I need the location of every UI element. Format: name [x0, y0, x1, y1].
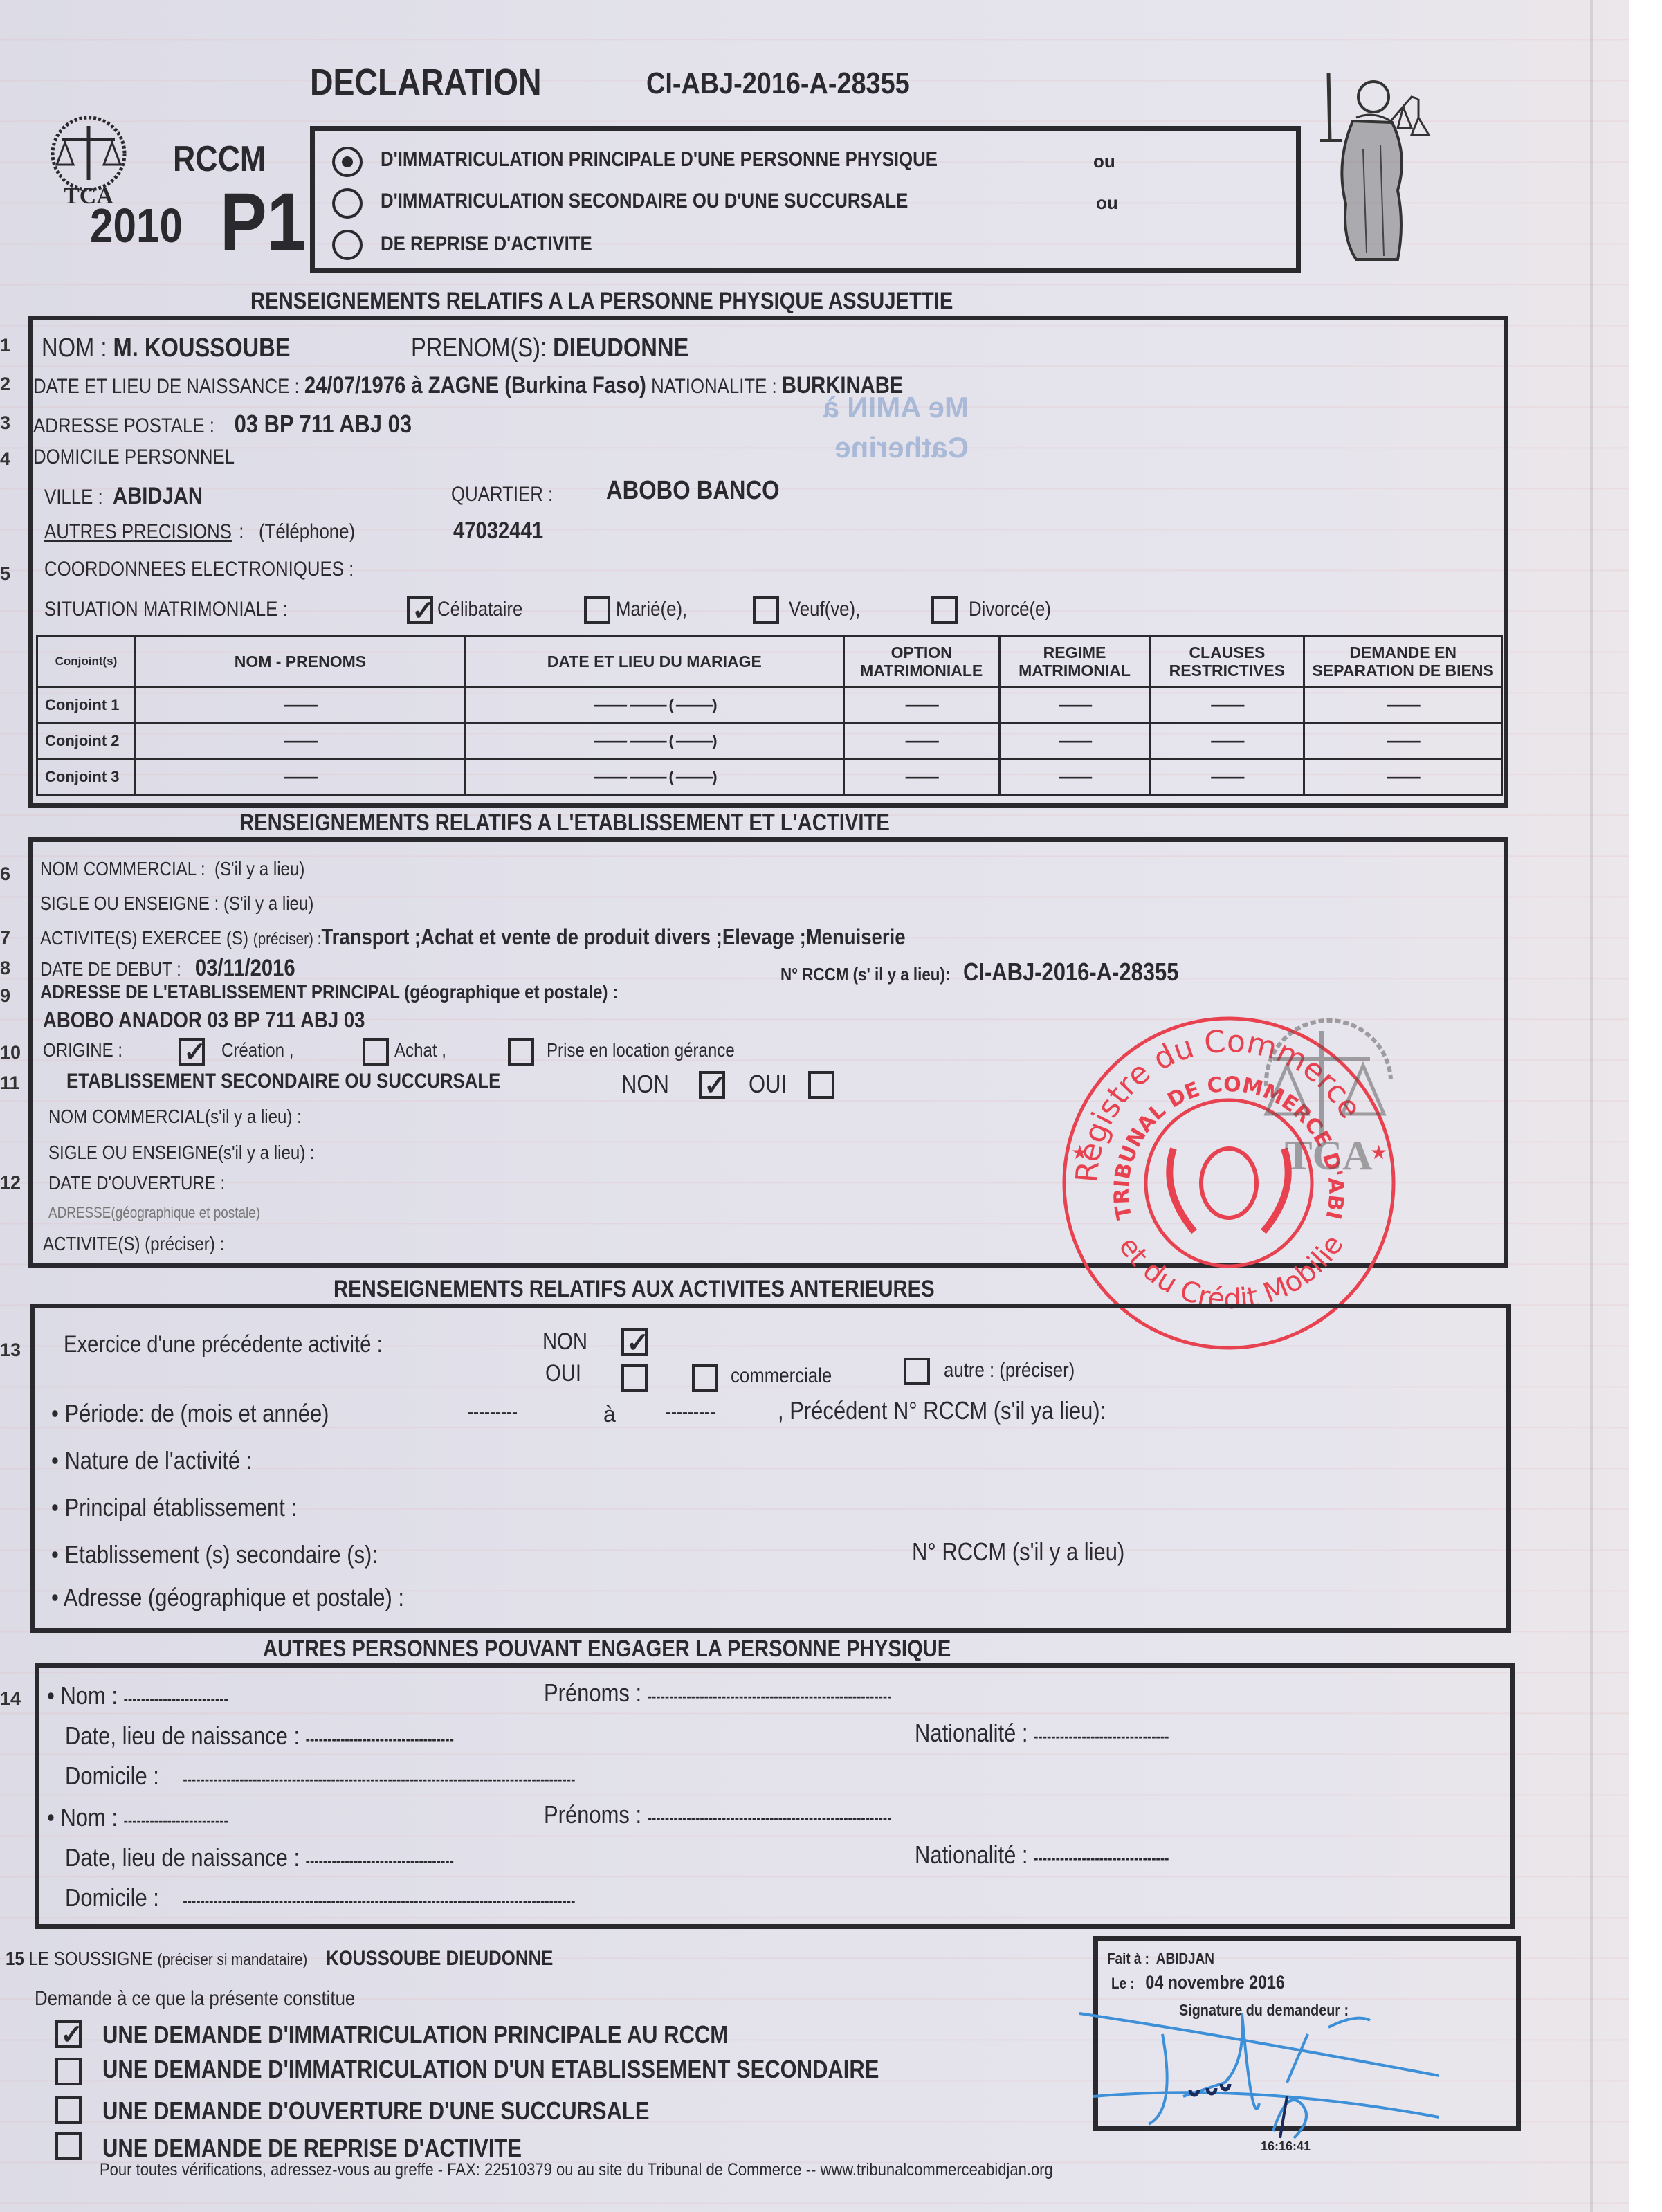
commerciale-label: commerciale — [731, 1364, 848, 1388]
line-number: 7 — [0, 927, 10, 949]
principal-label: • Principal établissement : — [51, 1493, 337, 1522]
secondaire-oui-label: OUI — [749, 1070, 793, 1099]
checkbox-marie[interactable] — [584, 596, 610, 624]
checkbox-autre[interactable] — [904, 1358, 930, 1385]
radio-immatriculation-secondaire[interactable] — [332, 188, 363, 219]
conjoints-table: Conjoint(s) NOM - PRENOMS DATE ET LIEU D… — [36, 635, 1503, 796]
request-label: UNE DEMANDE D'IMMATRICULATION PRINCIPALE… — [102, 2020, 830, 2049]
table-cell: --------- — [999, 723, 1150, 759]
adresse-etablissement-value: ABOBO ANADOR 03 BP 711 ABJ 03 — [43, 1007, 417, 1033]
table-cell: --------- — [1150, 687, 1304, 723]
checkbox-celibataire[interactable] — [407, 596, 433, 624]
secondaire-label: • Etablissement (s) secondaire (s): — [51, 1540, 431, 1569]
table-cell: --------- ---------- ( ----------) — [465, 759, 843, 795]
option-separator: ou — [1093, 151, 1115, 172]
checkbox-request-secondaire[interactable] — [55, 2058, 82, 2085]
line-number: 4 — [0, 448, 10, 470]
origine-label: ORIGINE : — [43, 1039, 136, 1061]
quartier-label: QUARTIER : — [451, 483, 569, 506]
svg-text:TCA: TCA — [1285, 1133, 1373, 1176]
signature-icon — [1079, 1993, 1439, 2145]
section-title-previous: RENSEIGNEMENTS RELATIFS AUX ACTIVITES AN… — [334, 1276, 1032, 1303]
checkbox-divorce[interactable] — [931, 596, 958, 624]
checkbox-label: Marié(e), — [616, 598, 699, 621]
checkbox-precedente-oui[interactable] — [621, 1364, 648, 1392]
line-number: 1 — [0, 335, 10, 356]
footer-text: Pour toutes vérifications, adressez-vous… — [100, 2160, 1183, 2180]
non-label: NON — [542, 1328, 595, 1355]
table-cell: --------- ---------- ( ----------) — [465, 687, 843, 723]
autres-precisions-field: AUTRES PRECISIONS: (Téléphone) — [44, 520, 405, 544]
checkbox-secondaire-non[interactable] — [699, 1071, 725, 1099]
checkbox-precedente-non[interactable] — [621, 1328, 648, 1356]
secondaire-label: ETABLISSEMENT SECONDAIRE OU SUCCURSALE — [66, 1070, 572, 1093]
sec-date-ouverture-label: DATE D'OUVERTURE : — [48, 1172, 254, 1194]
option-separator: ou — [1096, 192, 1118, 214]
periode-separator: à — [603, 1402, 616, 1427]
sec-nom-commercial-label: NOM COMMERCIAL(s'il y a lieu) : — [48, 1106, 343, 1128]
line-number: 3 — [0, 412, 10, 434]
timestamp: 16:16:41 — [1261, 2139, 1311, 2154]
ville-field: VILLE : ABIDJAN — [44, 483, 228, 510]
checkbox-request-succursale[interactable] — [55, 2096, 82, 2124]
person-2-naissance: Date, lieu de naissance : --------------… — [65, 1843, 517, 1872]
precedent-rccm-label: , Précédent N° RCCM (s'il ya lieu): — [778, 1396, 1159, 1425]
date-debut-field: DATE DE DEBUT : 03/11/2016 — [40, 955, 337, 982]
checkbox-veuf[interactable] — [753, 596, 779, 624]
person-1-nationalite: Nationalité : --------------------------… — [915, 1719, 1210, 1748]
table-cell: --------- — [843, 687, 999, 723]
column-header: Conjoint(s) — [37, 637, 136, 687]
lady-justice-icon — [1315, 66, 1453, 273]
table-cell: Conjoint 1 — [37, 687, 136, 723]
person-1-prenoms: Prénoms : ------------------------------… — [544, 1679, 948, 1708]
request-label: UNE DEMANDE D'OUVERTURE D'UNE SUCCURSALE — [102, 2096, 738, 2126]
table-row: Conjoint 3 --------- --------- ---------… — [37, 759, 1502, 795]
line-number: 11 — [0, 1072, 20, 1094]
column-header: REGIME MATRIMONIAL — [999, 637, 1150, 687]
declaration-reference: CI-ABJ-2016-A-28355 — [646, 66, 953, 101]
periode-label: • Période: de (mois et année) — [51, 1399, 374, 1428]
periode-to: --------- — [666, 1403, 715, 1423]
table-cell: Conjoint 2 — [37, 723, 136, 759]
table-cell: --------- ---------- ( ----------) — [465, 723, 843, 759]
checkbox-location-gerance[interactable] — [508, 1038, 534, 1066]
person-1-naissance: Date, lieu de naissance : --------------… — [65, 1721, 517, 1751]
line-number: 13 — [0, 1340, 21, 1361]
soussigne-field: 15 LE SOUSSIGNE (préciser si mandataire)… — [6, 1947, 642, 1971]
telephone-value: 47032441 — [453, 518, 558, 545]
activites-field: ACTIVITE(S) EXERCEE (S) (préciser) :Tran… — [40, 924, 1046, 950]
person-1-domicile: Domicile : -----------------------------… — [65, 1762, 658, 1791]
column-header: DEMANDE EN SEPARATION DE BIENS — [1304, 637, 1502, 687]
table-row: Conjoint 1 --------- --------- ---------… — [37, 687, 1502, 723]
tca-grey-stamp-icon: TCA — [1245, 1003, 1405, 1176]
sec-adresse-label: ADRESSE(géographique et postale) — [48, 1204, 295, 1222]
person-2-nationalite: Nationalité : --------------------------… — [915, 1840, 1210, 1870]
adresse-postale-field: ADRESSE POSTALE : 03 BP 711 ABJ 03 — [33, 410, 473, 439]
column-header: DATE ET LIEU DU MARIAGE — [465, 637, 843, 687]
option-label: D'IMMATRICULATION PRINCIPALE D'UNE PERSO… — [381, 148, 1028, 172]
prenom-field: PRENOM(S): DIEUDONNE — [411, 333, 734, 363]
domicile-label: DOMICILE PERSONNEL — [33, 446, 267, 469]
checkbox-label: Achat , — [394, 1039, 455, 1061]
situation-label: SITUATION MATRIMONIALE : — [44, 598, 327, 621]
line-number: 9 — [0, 985, 10, 1007]
section-title-establishment: RENSEIGNEMENTS RELATIFS A L'ETABLISSEMEN… — [239, 810, 996, 837]
nom-commercial-field: NOM COMMERCIAL : (S'il y a lieu) — [40, 858, 348, 880]
checkbox-label: Célibataire — [437, 598, 536, 621]
table-cell: --------- — [135, 759, 465, 795]
form-code-rccm: RCCM — [173, 138, 281, 180]
checkbox-label: Veuf(ve), — [789, 598, 872, 621]
table-cell: --------- — [1150, 723, 1304, 759]
request-label: UNE DEMANDE DE REPRISE D'ACTIVITE — [102, 2134, 590, 2163]
person-1-nom: • Nom : ------------------------ — [47, 1681, 257, 1710]
table-cell: --------- — [843, 759, 999, 795]
sigle-field: SIGLE OU ENSEIGNE : (S'il y a lieu) — [40, 893, 358, 915]
rccm-field: N° RCCM (s' il y a lieu): CI-ABJ-2016-A-… — [780, 958, 1243, 987]
line-number: 10 — [0, 1042, 21, 1063]
periode-from: --------- — [468, 1403, 518, 1423]
svg-text:★: ★ — [1071, 1142, 1088, 1163]
checkbox-label: Prise en location gérance — [547, 1039, 765, 1061]
checkbox-commerciale[interactable] — [692, 1364, 718, 1392]
table-cell: --------- — [843, 723, 999, 759]
person-2-domicile: Domicile : -----------------------------… — [65, 1883, 658, 1912]
secondaire-non-label: NON — [621, 1070, 677, 1099]
checkbox-request-principale[interactable] — [55, 2020, 82, 2048]
checkbox-creation[interactable] — [179, 1038, 205, 1066]
column-header: CLAUSES RESTRICTIVES — [1150, 637, 1304, 687]
nature-label: • Nature de l'activité : — [51, 1446, 285, 1475]
line-number: 14 — [0, 1688, 21, 1710]
document-title: DECLARATION — [310, 61, 579, 104]
sec-activites-label: ACTIVITE(S) (préciser) : — [43, 1233, 254, 1255]
table-cell: --------- — [135, 723, 465, 759]
coordonnees-label: COORDONNEES ELECTRONIQUES : — [44, 558, 404, 581]
table-cell: Conjoint 3 — [37, 759, 136, 795]
checkbox-label: Divorcé(e) — [969, 598, 1064, 621]
table-cell: --------- — [1304, 687, 1502, 723]
date-field: Le : 04 novembre 2016 — [1111, 1972, 1313, 1993]
secondaire-rccm-label: N° RCCM (s'il y a lieu) — [912, 1537, 1159, 1566]
section-title-others: AUTRES PERSONNES POUVANT ENGAGER LA PERS… — [263, 1636, 1063, 1663]
radio-immatriculation-principale[interactable] — [332, 147, 363, 177]
column-header: NOM - PRENOMS — [135, 637, 465, 687]
request-label: UNE DEMANDE D'IMMATRICULATION D'UN ETABL… — [102, 2055, 1005, 2084]
option-label: DE REPRISE D'ACTIVITE — [381, 232, 627, 256]
table-row: Conjoint 2 --------- --------- ---------… — [37, 723, 1502, 759]
table-header-row: Conjoint(s) NOM - PRENOMS DATE ET LIEU D… — [37, 637, 1502, 687]
section-title-person: RENSEIGNEMENTS RELATIFS A LA PERSONNE PH… — [250, 288, 1068, 315]
exercice-label: Exercice d'une précédente activité : — [64, 1331, 435, 1358]
page-edge — [1590, 0, 1593, 2212]
form-code: P1 — [220, 181, 320, 263]
fait-field: Fait à : ABIDJAN — [1107, 1950, 1232, 1968]
table-cell: --------- — [1304, 723, 1502, 759]
line-number: 6 — [0, 863, 10, 885]
table-cell: --------- — [1304, 759, 1502, 795]
checkbox-achat[interactable] — [363, 1038, 389, 1066]
table-cell: --------- — [1150, 759, 1304, 795]
demande-label: Demande à ce que la présente constitue — [35, 1987, 408, 2011]
checkbox-secondaire-oui[interactable] — [808, 1071, 834, 1099]
option-label: D'IMMATRICULATION SECONDAIRE OU D'UNE SU… — [381, 190, 994, 213]
tca-logo-icon: TCA — [40, 111, 137, 208]
person-2-nom: • Nom : ------------------------ — [47, 1803, 257, 1832]
radio-reprise-activite[interactable] — [332, 230, 363, 260]
person-2-prenoms: Prénoms : ------------------------------… — [544, 1800, 948, 1829]
form-year: 2010 — [90, 198, 198, 253]
blue-stamp: Me AMIN à Catherine — [747, 387, 969, 567]
checkbox-label: Création , — [221, 1039, 305, 1061]
sec-sigle-label: SIGLE OU ENSEIGNE(s'il y a lieu) : — [48, 1142, 358, 1164]
adresse-etablissement-label: ADRESSE DE L'ETABLISSEMENT PRINCIPAL (gé… — [40, 981, 712, 1003]
table-cell: --------- — [999, 759, 1150, 795]
line-number: 12 — [0, 1172, 21, 1194]
checkbox-request-reprise[interactable] — [55, 2132, 82, 2160]
table-cell: --------- — [135, 687, 465, 723]
line-number: 5 — [0, 563, 10, 585]
column-header: OPTION MATRIMONIALE — [843, 637, 999, 687]
nom-field: NOM : M. KOUSSOUBE — [42, 333, 331, 363]
adresse-label: • Adresse (géographique et postale) : — [51, 1583, 462, 1612]
line-number: 8 — [0, 958, 10, 979]
oui-label: OUI — [545, 1360, 587, 1387]
line-number: 2 — [0, 374, 10, 395]
table-cell: --------- — [999, 687, 1150, 723]
autre-label: autre : (préciser) — [944, 1359, 1096, 1382]
